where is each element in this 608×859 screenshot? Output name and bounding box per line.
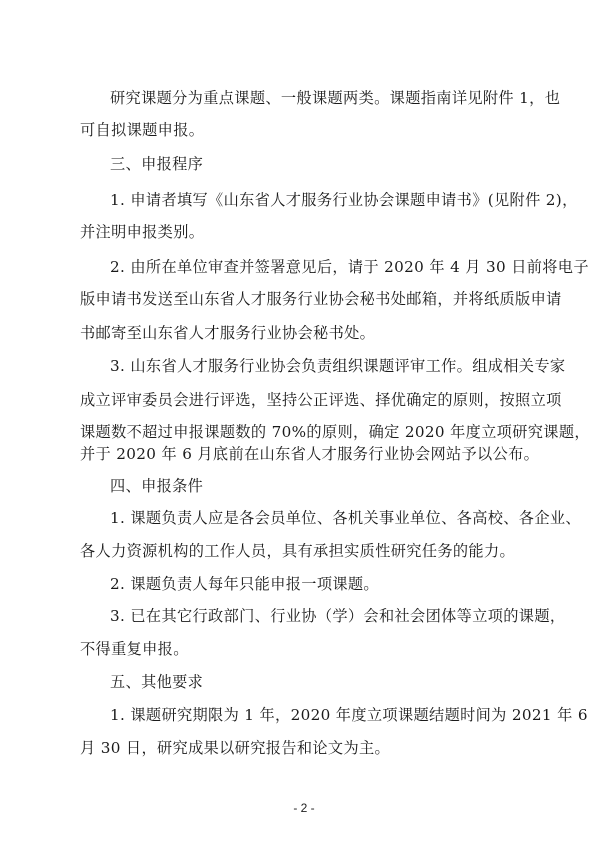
section-heading: 四、申报条件 — [110, 476, 570, 496]
paragraph-line: 成立评审委员会进行评选，坚持公正评选、择优确定的原则，按照立项 — [80, 390, 540, 410]
paragraph-line: 课题数不超过申报课题数的 70%的原则，确定 2020 年度立项研究课题， — [80, 422, 540, 442]
paragraph-line: 2. 由所在单位审查并签署意见后，请于 2020 年 4 月 30 日前将电子 — [110, 257, 570, 277]
paragraph-line: 3. 山东省人才服务行业协会负责组织课题评审工作。组成相关专家 — [110, 356, 570, 376]
paragraph-line: 书邮寄至山东省人才服务行业协会秘书处。 — [80, 323, 540, 343]
paragraph-line: 可自拟课题申报。 — [80, 120, 540, 140]
paragraph-line: 1. 课题研究期限为 1 年，2020 年度立项课题结题时间为 2021 年 6 — [110, 705, 570, 725]
paragraph-line: 1. 课题负责人应是各会员单位、各机关事业单位、各高校、各企业、 — [110, 508, 570, 528]
paragraph-line: 1. 申请者填写《山东省人才服务行业协会课题申请书》(见附件 2)， — [110, 190, 570, 210]
paragraph-line: 研究课题分为重点课题、一般课题两类。课题指南详见附件 1，也 — [110, 88, 570, 108]
paragraph-line: 各人力资源机构的工作人员，具有承担实质性研究任务的能力。 — [80, 541, 540, 561]
paragraph-line: 3. 已在其它行政部门、行业协（学）会和社会团体等立项的课题， — [110, 606, 570, 626]
paragraph-line: 版申请书发送至山东省人才服务行业协会秘书处邮箱，并将纸质版申请 — [80, 289, 540, 309]
paragraph-line: 不得重复申报。 — [80, 639, 540, 659]
page-number: - 2 - — [0, 801, 608, 815]
paragraph-line: 并于 2020 年 6 月底前在山东省人才服务行业协会网站予以公布。 — [80, 444, 540, 464]
paragraph-line: 2. 课题负责人每年只能申报一项课题。 — [110, 574, 570, 594]
section-heading: 三、申报程序 — [110, 154, 570, 174]
paragraph-line: 并注明申报类别。 — [80, 222, 540, 242]
document-page: 研究课题分为重点课题、一般课题两类。课题指南详见附件 1，也 可自拟课题申报。 … — [0, 0, 608, 859]
paragraph-line: 月 30 日，研究成果以研究报告和论文为主。 — [80, 738, 540, 758]
section-heading: 五、其他要求 — [110, 672, 570, 692]
